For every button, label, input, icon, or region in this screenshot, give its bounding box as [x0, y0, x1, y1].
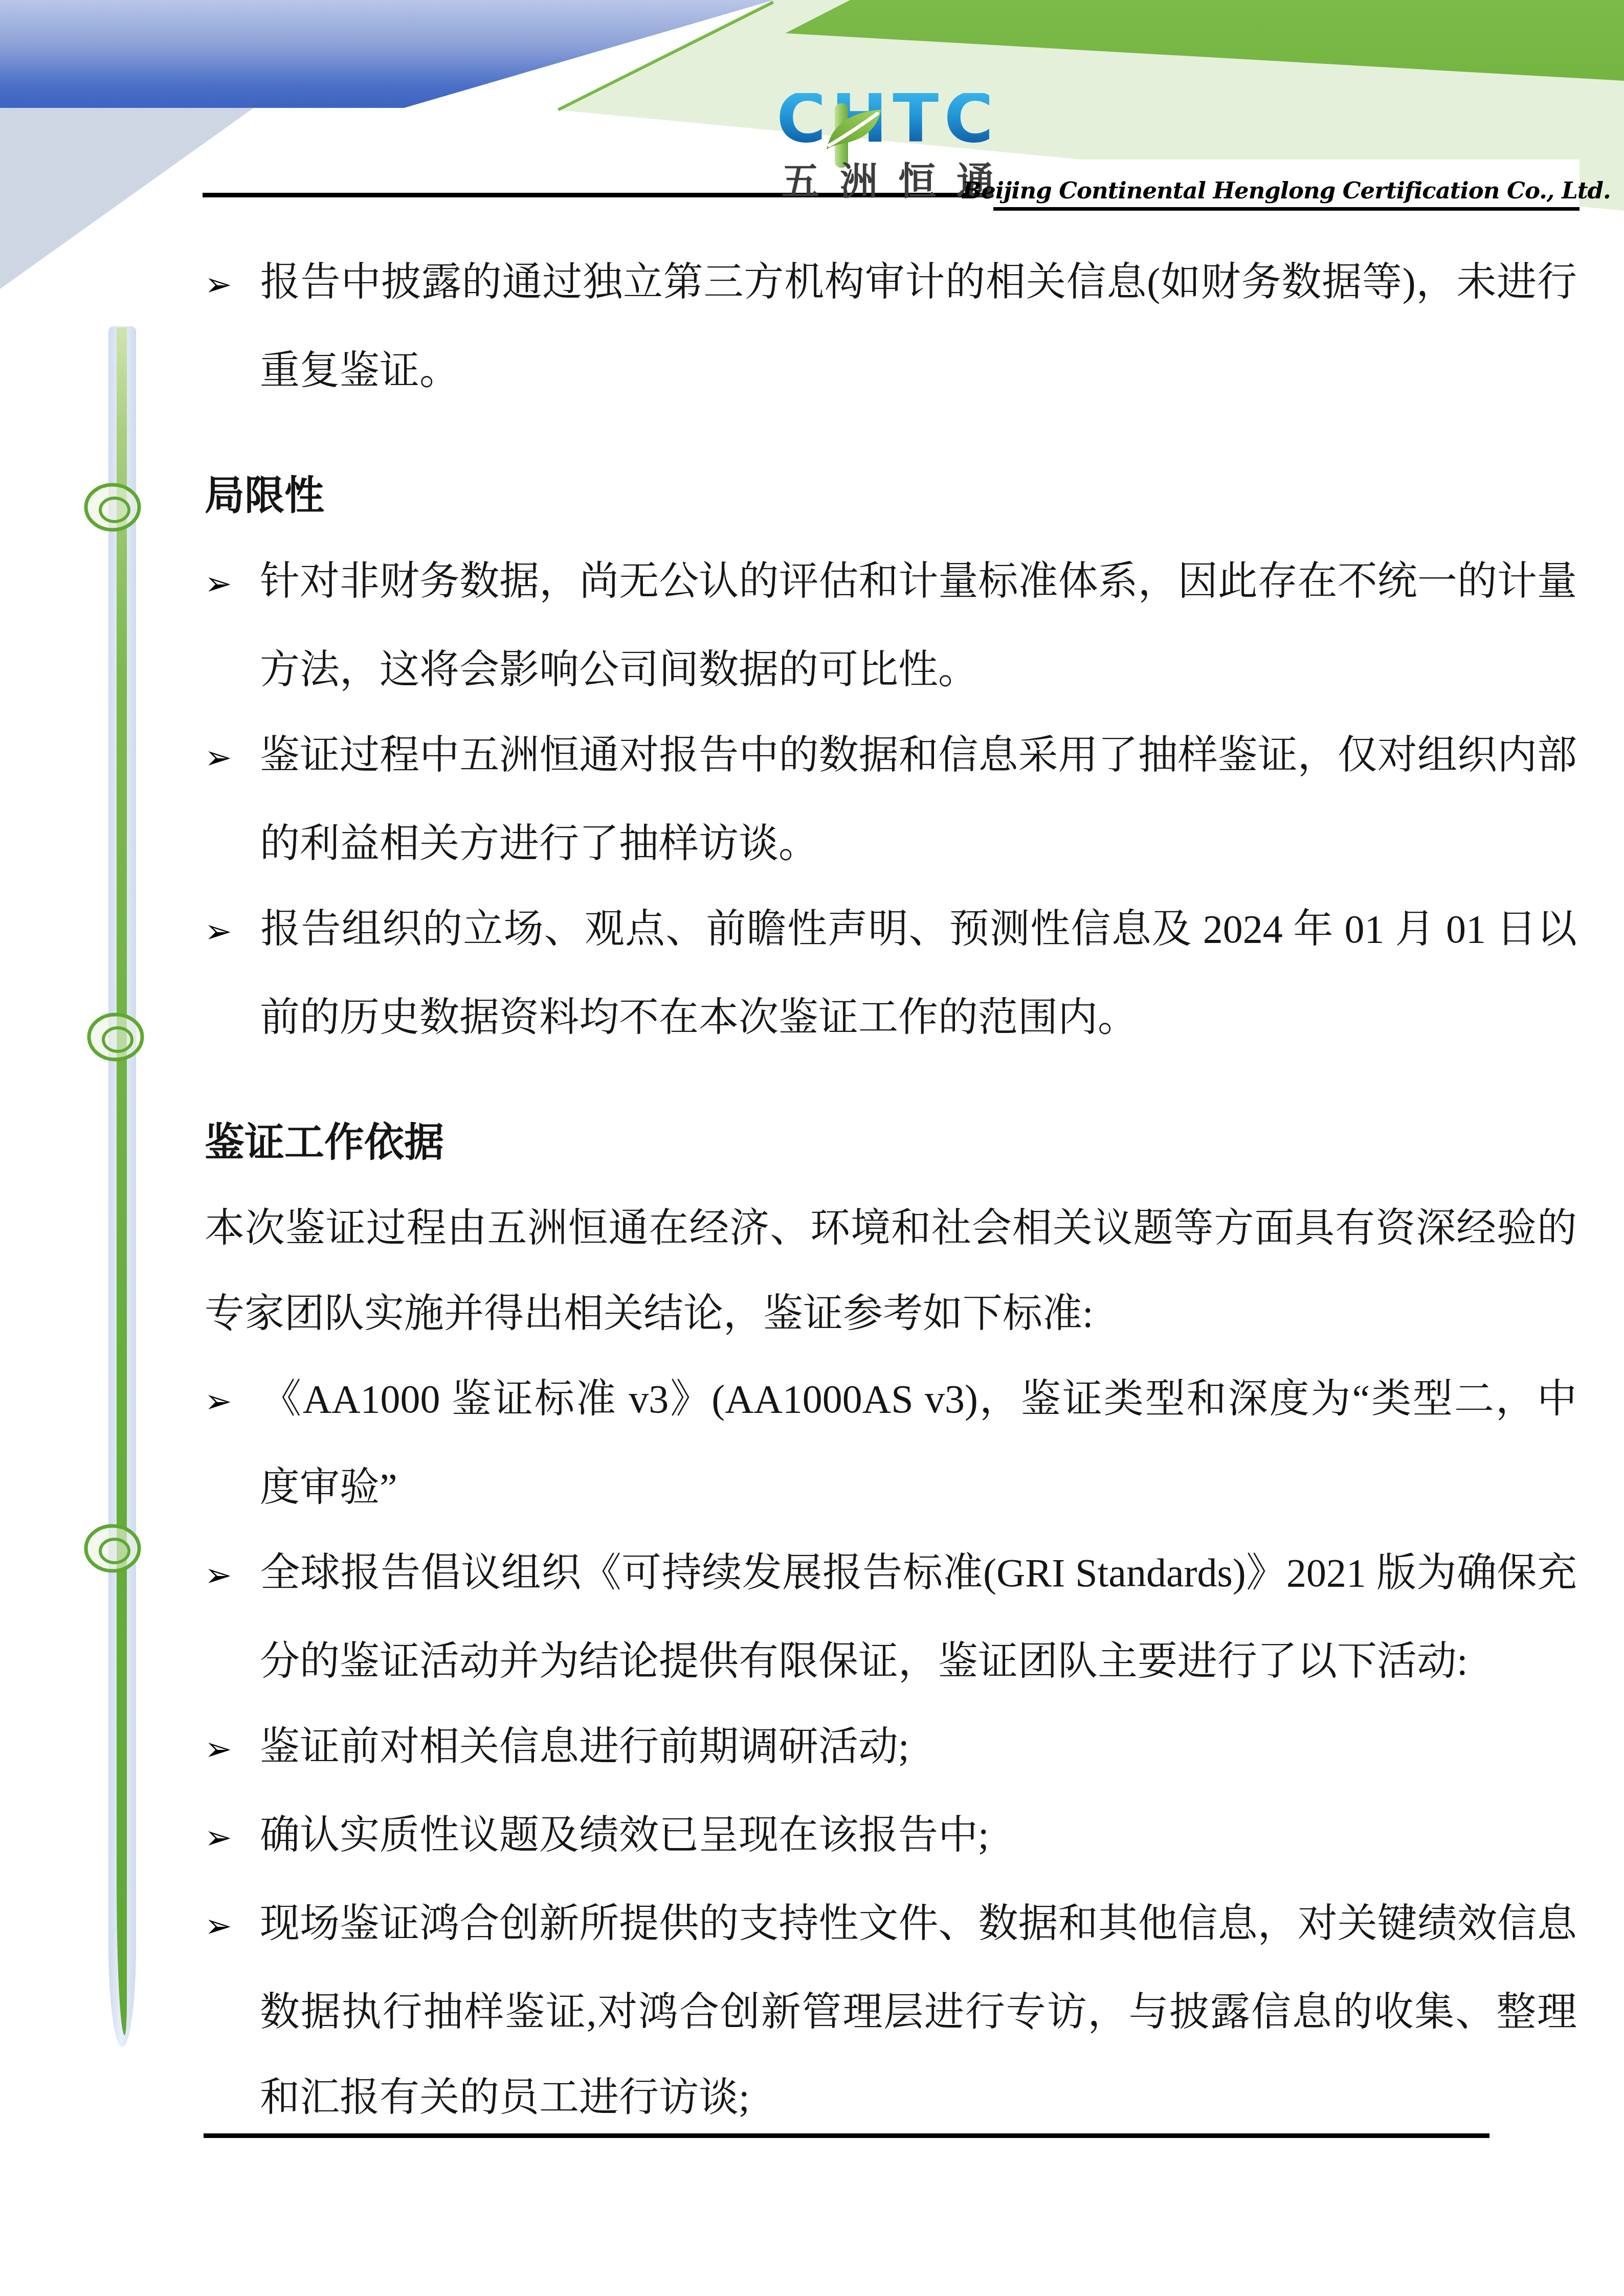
list-item-text: 针对非财务数据，尚无公认的评估和计量标准体系，因此存在不统一的计量方法，这将会影… — [260, 559, 1577, 692]
list-item: ➢《AA1000 鉴证标准 v3》(AA1000AS v3)，鉴证类型和深度为“… — [205, 1356, 1577, 1530]
paragraph: 本次鉴证过程由五洲恒通在经济、环境和社会相关议题等方面具有资深经验的专家团队实施… — [205, 1185, 1577, 1356]
bullet-arrow-icon: ➢ — [205, 542, 260, 627]
footer-rule — [204, 2133, 1489, 2138]
document-page: CHTC 五洲恒通 Beijing Continental Henglong C… — [0, 0, 1624, 2296]
bullet-arrow-icon: ➢ — [205, 1707, 260, 1792]
list-item-text: 全球报告倡议组织《可持续发展报告标准(GRI Standards)》2021 版… — [260, 1550, 1577, 1683]
list-item-text: 《AA1000 鉴证标准 v3》(AA1000AS v3)，鉴证类型和深度为“类… — [260, 1377, 1577, 1510]
list-item: ➢针对非财务数据，尚无公认的评估和计量标准体系，因此存在不统一的计量方法，这将会… — [205, 538, 1577, 712]
section-heading-basis: 鉴证工作依据 — [205, 1100, 1577, 1185]
list-item-text: 鉴证过程中五洲恒通对报告中的数据和信息采用了抽样鉴证，仅对组织内部的利益相关方进… — [260, 733, 1577, 866]
bullet-arrow-icon: ➢ — [205, 1884, 260, 1969]
report-body: ➢报告中披露的通过独立第三方机构审计的相关信息(如财务数据等)，未进行重复鉴证。… — [0, 239, 1624, 2140]
bullet-arrow-icon: ➢ — [205, 715, 260, 801]
list-item: ➢现场鉴证鸿合创新所提供的支持性文件、数据和其他信息，对关键绩效信息数据执行抽样… — [205, 1881, 1577, 2140]
list-item: ➢全球报告倡议组织《可持续发展报告标准(GRI Standards)》2021 … — [205, 1530, 1577, 1704]
list-item: ➢鉴证过程中五洲恒通对报告中的数据和信息采用了抽样鉴证，仅对组织内部的利益相关方… — [205, 712, 1577, 886]
list-item-text: 报告组织的立场、观点、前瞻性声明、预测性信息及 2024 年 01 月 01 日… — [260, 907, 1577, 1040]
bullet-arrow-icon: ➢ — [205, 889, 260, 975]
list-item-text: 确认实质性议题及绩效已呈现在该报告中; — [260, 1813, 989, 1857]
bullet-arrow-icon: ➢ — [205, 1795, 260, 1881]
bullet-arrow-icon: ➢ — [205, 1359, 260, 1445]
section-heading-limitations: 局限性 — [205, 453, 1577, 538]
list-item-text: 现场鉴证鸿合创新所提供的支持性文件、数据和其他信息，对关键绩效信息数据执行抽样鉴… — [260, 1901, 1577, 2120]
list-item: ➢报告组织的立场、观点、前瞻性声明、预测性信息及 2024 年 01 月 01 … — [205, 886, 1577, 1060]
company-name-english: Beijing Continental Henglong Certificati… — [962, 177, 1610, 207]
bullet-arrow-icon: ➢ — [205, 1533, 260, 1618]
company-name-band: Beijing Continental Henglong Certificati… — [993, 160, 1579, 211]
list-item-text: 报告中披露的通过独立第三方机构审计的相关信息(如财务数据等)，未进行重复鉴证。 — [260, 260, 1577, 393]
list-item: ➢鉴证前对相关信息进行前期调研活动; — [205, 1704, 1577, 1792]
leaf-icon — [818, 102, 890, 153]
list-item: ➢确认实质性议题及绩效已呈现在该报告中; — [205, 1792, 1577, 1881]
list-item-text: 鉴证前对相关信息进行前期调研活动; — [260, 1724, 909, 1769]
bullet-arrow-icon: ➢ — [205, 242, 260, 328]
list-item: ➢报告中披露的通过独立第三方机构审计的相关信息(如财务数据等)，未进行重复鉴证。 — [205, 239, 1577, 413]
